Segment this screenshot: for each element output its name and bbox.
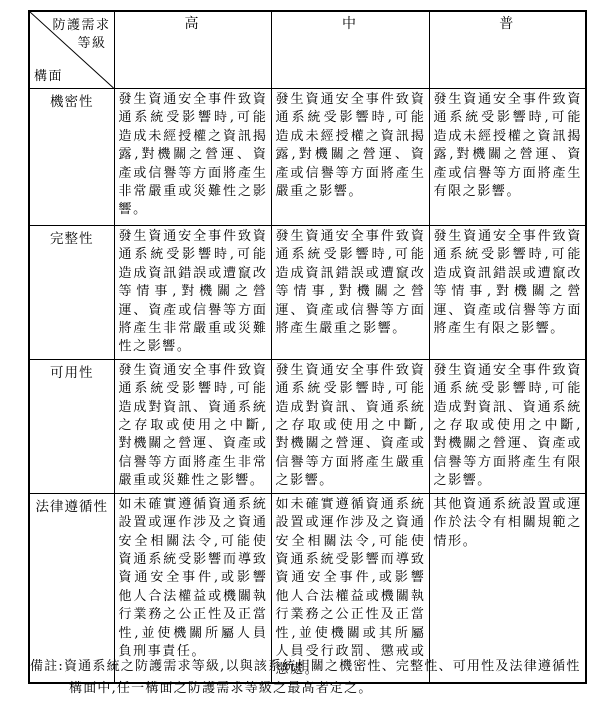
cell-availability-medium: 發生資通安全事件致資通系統受影響時,可能造成對資訊、資通系統之存取或使用之中斷,… — [271, 359, 429, 493]
corner-label-level: 等級 — [77, 32, 106, 51]
document-page: 防護需求 等級 構面 高 中 普 機密性 發生資通安全事件致資通系統受影響時,可… — [0, 0, 616, 712]
row-confidentiality: 機密性 發生資通安全事件致資通系統受影響時,可能造成未經授權之資訊揭露,對機關之… — [29, 89, 586, 226]
column-header-high: 高 — [114, 11, 271, 89]
cell-integrity-normal: 發生資通安全事件致資通系統受影響時,可能造成資訊錯誤或遭竄改等情事,對機關之營運… — [429, 226, 586, 360]
row-label-availability: 可用性 — [29, 359, 114, 493]
footnote: 備註:資通系統之防護需求等級,以與該系統相關之機密性、完整性、可用性及法律遵循性… — [30, 656, 588, 700]
row-label-legal-compliance: 法律遵循性 — [29, 493, 114, 683]
cell-confidentiality-medium: 發生資通安全事件致資通系統受影響時,可能造成未經授權之資訊揭露,對機關之營運、資… — [271, 89, 429, 226]
protection-level-table: 防護需求 等級 構面 高 中 普 機密性 發生資通安全事件致資通系統受影響時,可… — [28, 10, 587, 684]
header-row: 防護需求 等級 構面 高 中 普 — [29, 11, 586, 89]
cell-integrity-medium: 發生資通安全事件致資通系統受影響時,可能造成資訊錯誤或遭竄改等情事,對機關之營運… — [271, 226, 429, 360]
cell-availability-normal: 發生資通安全事件致資通系統受影響時,可能造成對資訊、資通系統之存取或使用之中斷,… — [429, 359, 586, 493]
corner-label-protection-requirement: 防護需求 — [52, 14, 110, 33]
row-integrity: 完整性 發生資通安全事件致資通系統受影響時,可能造成資訊錯誤或遭竄改等情事,對機… — [29, 226, 586, 360]
corner-header-cell: 防護需求 等級 構面 — [29, 11, 114, 89]
row-availability: 可用性 發生資通安全事件致資通系統受影響時,可能造成對資訊、資通系統之存取或使用… — [29, 359, 586, 493]
cell-legal-compliance-high: 如未確實遵循資通系統設置或運作涉及之資通安全相關法令,可能使資通系統受影響而導致… — [114, 493, 271, 683]
cell-legal-compliance-medium: 如未確實遵循資通系統設置或運作涉及之資通安全相關法令,可能使資通系統受影響而導致… — [271, 493, 429, 683]
row-label-integrity: 完整性 — [29, 226, 114, 360]
row-legal-compliance: 法律遵循性 如未確實遵循資通系統設置或運作涉及之資通安全相關法令,可能使資通系統… — [29, 493, 586, 683]
footnote-line-2: 構面中,任一構面之防護需求等級之最高者定之。 — [30, 678, 588, 700]
cell-legal-compliance-normal: 其他資通系統設置或運作於法令有相關規範之情形。 — [429, 493, 586, 683]
column-header-normal: 普 — [429, 11, 586, 89]
cell-confidentiality-normal: 發生資通安全事件致資通系統受影響時,可能造成未經授權之資訊揭露,對機關之營運、資… — [429, 89, 586, 226]
corner-label-aspect: 構面 — [34, 65, 63, 84]
column-header-medium: 中 — [271, 11, 429, 89]
cell-integrity-high: 發生資通安全事件致資通系統受影響時,可能造成資訊錯誤或遭竄改等情事,對機關之營運… — [114, 226, 271, 360]
row-label-confidentiality: 機密性 — [29, 89, 114, 226]
footnote-line-1: 備註:資通系統之防護需求等級,以與該系統相關之機密性、完整性、可用性及法律遵循性 — [30, 656, 588, 678]
cell-confidentiality-high: 發生資通安全事件致資通系統受影響時,可能造成未經授權之資訊揭露,對機關之營運、資… — [114, 89, 271, 226]
cell-availability-high: 發生資通安全事件致資通系統受影響時,可能造成對資訊、資通系統之存取或使用之中斷,… — [114, 359, 271, 493]
